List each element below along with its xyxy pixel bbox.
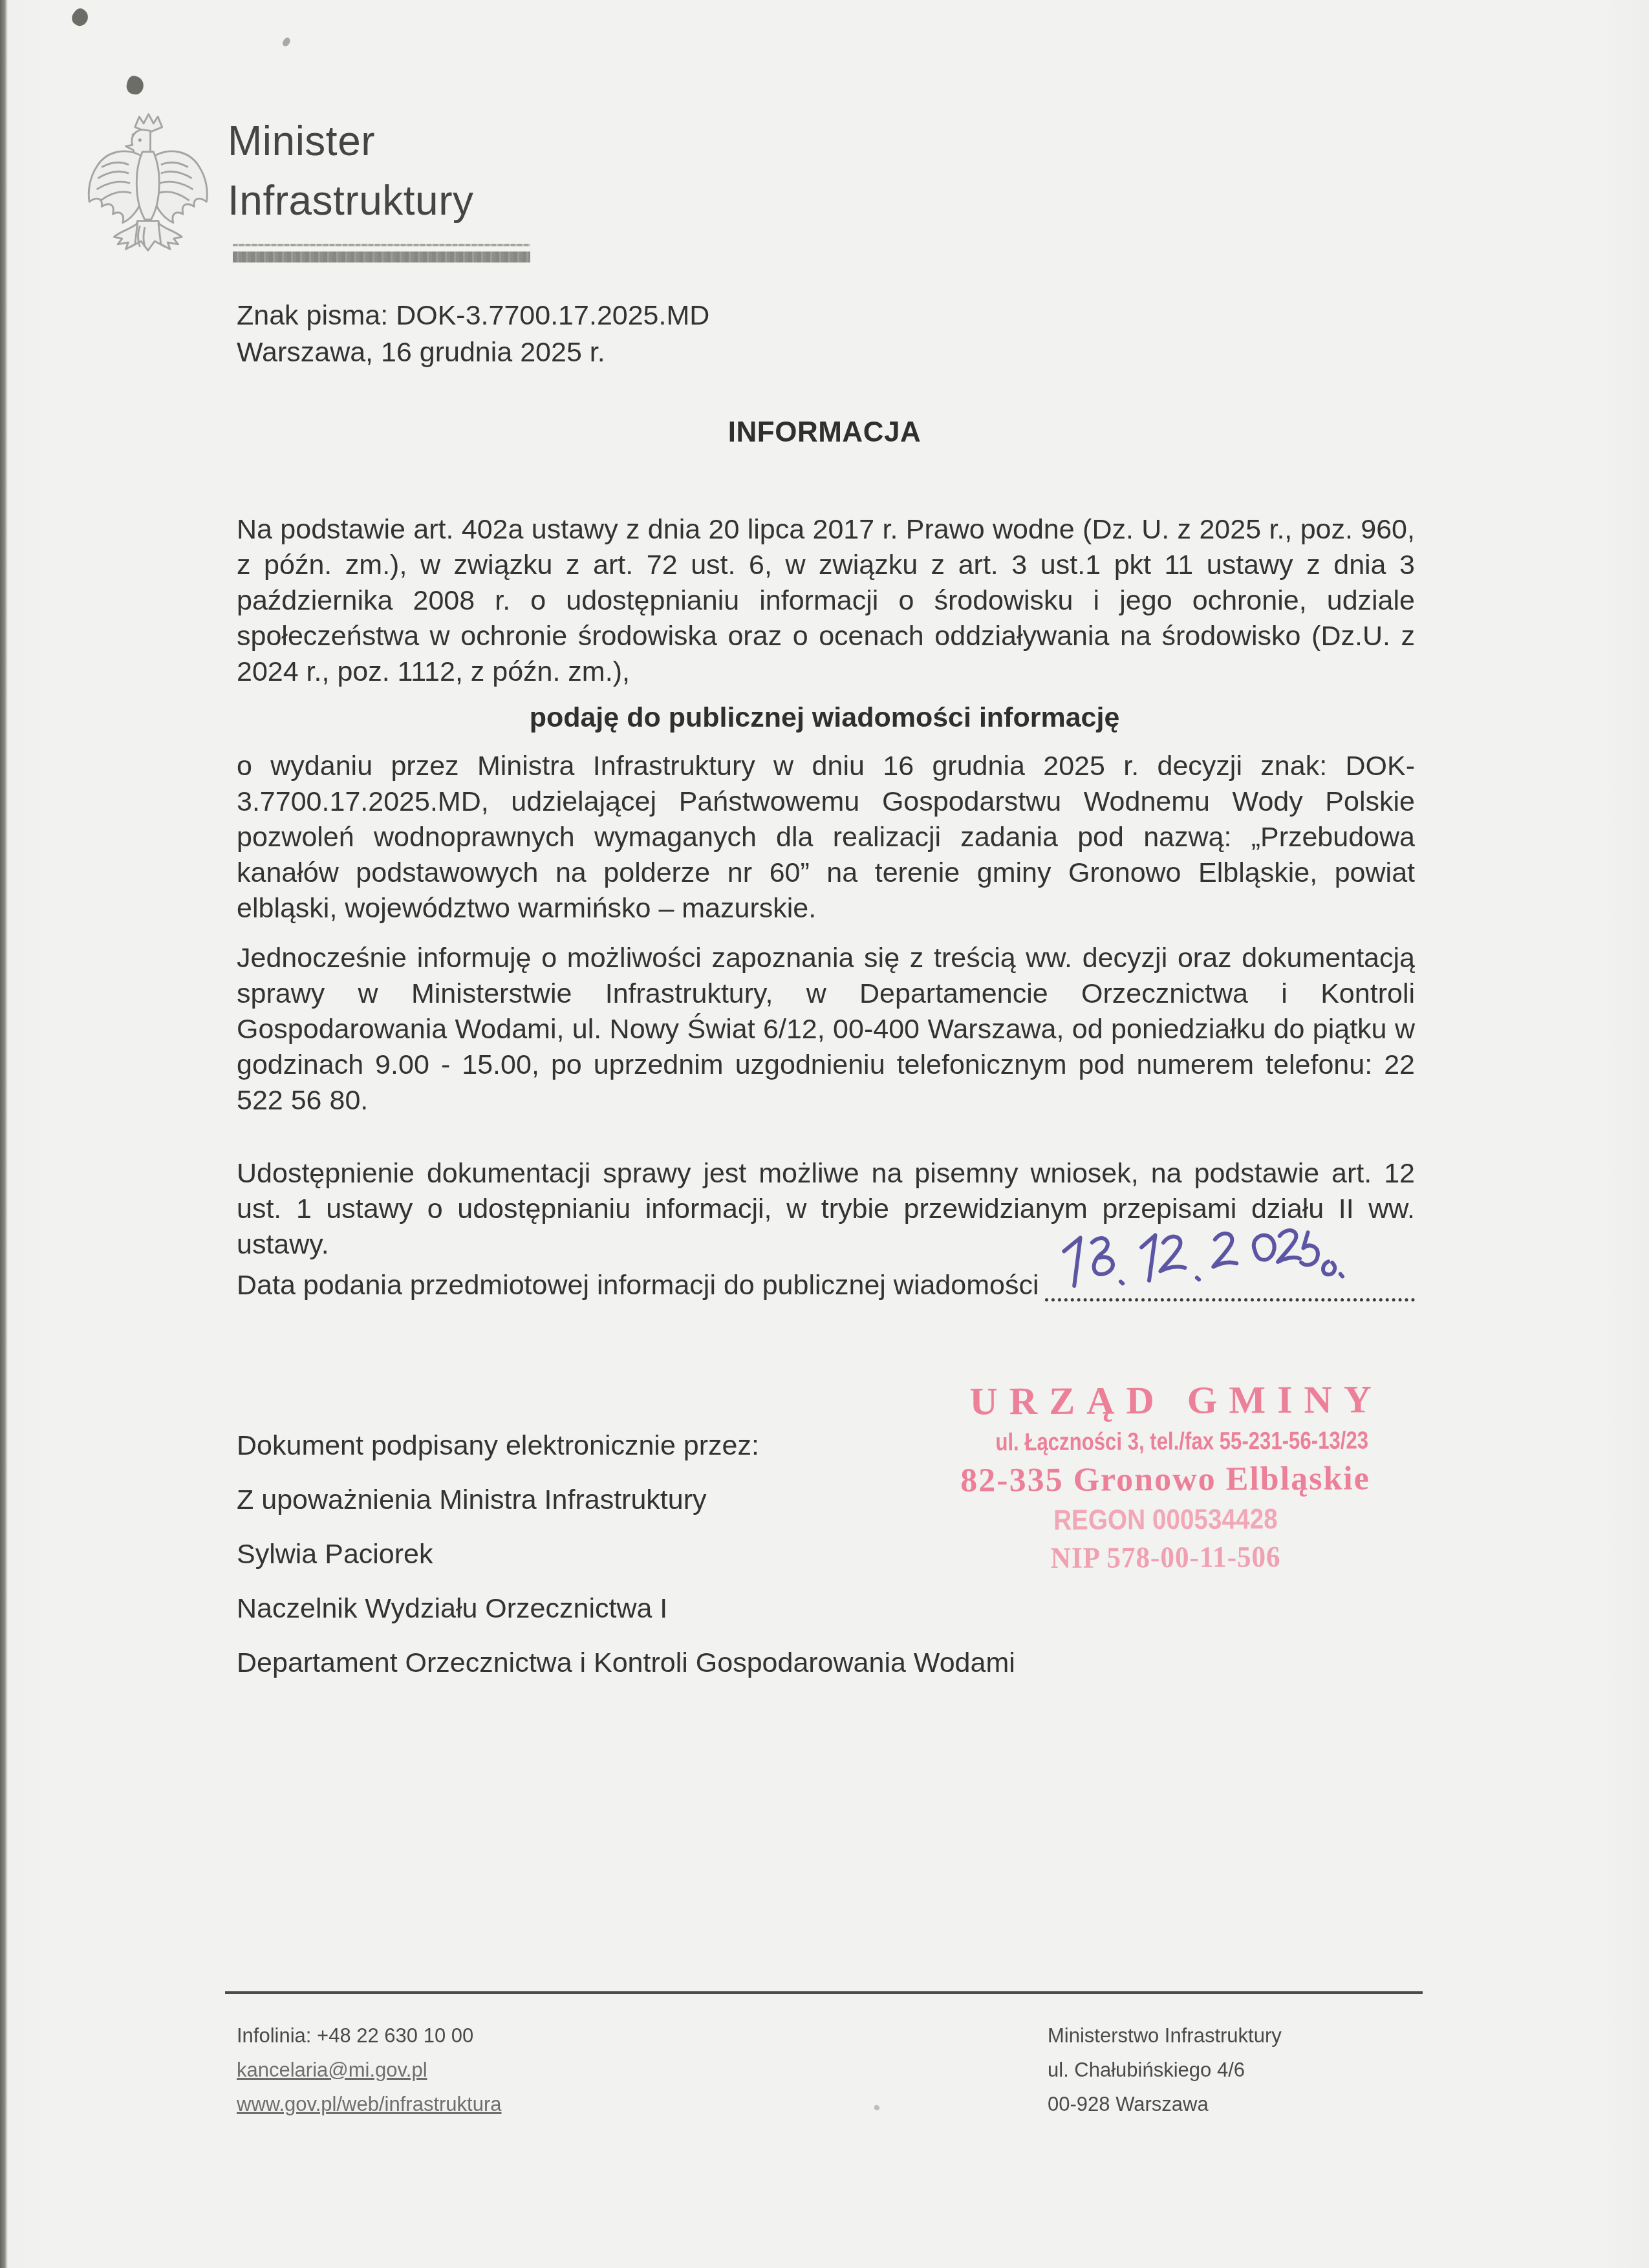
stamp-address-phone: ul. Łączności 3, tel./fax 55-231-56-13/2…: [995, 1424, 1335, 1460]
signature-authorization: Z upoważnienia Ministra Infrastruktury: [237, 1484, 707, 1516]
paragraph-inspection-info: Jednocześnie informuję o możliwości zapo…: [237, 941, 1415, 1118]
footer-ministry-street: ul. Chałubińskiego 4/6: [1048, 2053, 1282, 2087]
footer-ministry-address: Ministerstwo Infrastruktury ul. Chałubiń…: [1048, 2018, 1282, 2121]
stamp-nip: NIP 578-00-11-506: [971, 1537, 1361, 1577]
scan-speck: [125, 74, 145, 96]
footer-infoline: Infolinia: +48 22 630 10 00: [237, 2018, 501, 2053]
reference-number: Znak pisma: DOK-3.7700.17.2025.MD: [237, 297, 709, 334]
place-and-date: Warszawa, 16 grudnia 2025 r.: [237, 334, 709, 371]
org-line-1: Minister: [228, 111, 473, 171]
footer-email-link[interactable]: kancelaria@mi.gov.pl: [237, 2059, 427, 2081]
office-stamp: URZĄD GMINY ul. Łączności 3, tel./fax 55…: [958, 1375, 1373, 1577]
signature-department: Departament Orzecznictwa i Kontroli Gosp…: [237, 1647, 1015, 1679]
signature-position: Naczelnik Wydziału Orzecznictwa I: [237, 1593, 667, 1625]
paragraph-legal-basis: Na podstawie art. 402a ustawy z dnia 20 …: [237, 512, 1415, 690]
signature-name: Sylwia Paciorek: [237, 1539, 433, 1570]
footer-divider: [225, 1991, 1423, 1994]
document-title: INFORMACJA: [0, 416, 1649, 449]
sender-organisation: Minister Infrastruktury: [228, 111, 473, 230]
scan-speck: [69, 6, 92, 28]
stamp-office-name: URZĄD GMINY: [969, 1375, 1372, 1426]
footer-website-link[interactable]: www.gov.pl/web/infrastruktura: [237, 2093, 501, 2115]
scan-speck: [281, 36, 292, 47]
handwritten-date: [1051, 1214, 1352, 1309]
stamp-regon: REGON 000534428: [984, 1501, 1348, 1540]
scan-speck: [874, 2105, 879, 2110]
scan-edge-shadow: [0, 0, 8, 2268]
publication-date-label: Data podania przedmiotowej informacji do…: [237, 1270, 1039, 1301]
footer-ministry-name: Ministerstwo Infrastruktury: [1048, 2018, 1282, 2053]
announcement-heading: podaję do publicznej wiadomości informac…: [0, 702, 1649, 734]
footer-ministry-city: 00-928 Warszawa: [1048, 2087, 1282, 2121]
letter-meta: Znak pisma: DOK-3.7700.17.2025.MD Warsza…: [237, 297, 709, 371]
header-divider-thin: [233, 244, 530, 246]
scanned-letter-page: Minister Infrastruktury Znak pisma: DOK-…: [0, 0, 1649, 2268]
signature-signed-by-label: Dokument podpisany elektronicznie przez:: [237, 1430, 759, 1462]
polish-eagle-coat-of-arms-logo: [71, 109, 219, 269]
footer-contact: Infolinia: +48 22 630 10 00 kancelaria@m…: [237, 2018, 501, 2121]
stamp-postal-city: 82-335 Gronowo Elbląskie: [958, 1457, 1372, 1502]
paragraph-announcement: o wydaniu przez Ministra Infrastruktury …: [237, 749, 1415, 926]
org-line-2: Infrastruktury: [228, 171, 473, 230]
header-divider-thick: [233, 251, 530, 262]
